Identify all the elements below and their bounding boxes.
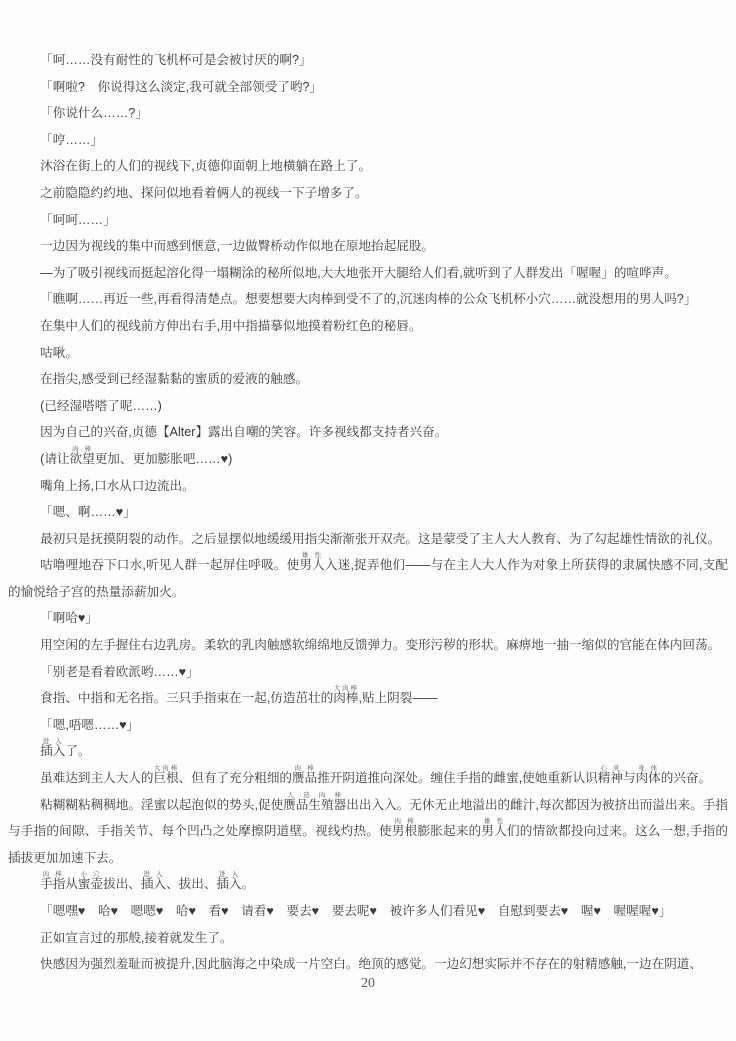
- paragraph: 最初只是抚摸阴裂的动作。之后显摆似地缓缓用指尖渐渐张开双壳。这是蒙受了主人大人教…: [8, 526, 728, 553]
- paragraph: —为了吸引视线而挺起溶化得一塌糊涂的秘所似地,大大地张开大腿给人们看,就听到了人…: [8, 260, 728, 287]
- ruby-annotated-word: 手指肉棒: [40, 877, 65, 891]
- ruby-annotated-word: 插入进入: [216, 877, 241, 891]
- ruby-annotated-word: 赝品生殖器人造肉棒: [283, 798, 346, 812]
- paragraph: 咕噜哩地吞下口水,听见人群一起屏住呼吸。使男人雄性入迷,捉弄他们——与在主人大人…: [8, 552, 728, 605]
- paragraph: 粘糊糊粘稠稠地。淫蜜以起泡似的势头,促使赝品生殖器人造肉棒出出入入。无休无止地溢…: [8, 792, 728, 872]
- paragraph: 嘴角上扬,口水从口边流出。: [8, 473, 728, 500]
- paragraph: 「呵……没有耐性的飞机杯可是会被讨厌的啊?」: [8, 47, 728, 74]
- paragraph: 手指肉棒从蜜壶小穴拔出、插入进入、拔出、插入进入。: [8, 871, 728, 898]
- paragraph: 在集中人们的视线前方伸出右手,用中指描摹似地摸着粉红色的秘唇。: [8, 313, 728, 340]
- paragraph: 「嗯、啊……♥」: [8, 499, 728, 526]
- paragraph: 虽难达到主人大人的巨根大肉棒、但有了充分粗细的赝品肉棒推开阴道推向深处。缠住手指…: [8, 765, 728, 792]
- paragraph: 「呵呵……」: [8, 207, 728, 234]
- paragraph: 因为自己的兴奋,贞德【Alter】露出自嘲的笑容。许多视线都支持者兴奋。: [8, 419, 728, 446]
- document-page: 「呵……没有耐性的飞机杯可是会被讨厌的啊?」「啊啦? 你说得这么淡定,我可就全部…: [0, 0, 736, 1041]
- ruby-annotated-word: 男人雄性: [481, 824, 507, 838]
- ruby-annotated-word: 巨根大肉棒: [153, 771, 178, 785]
- paragraph: 正如宣言过的那般,接着就发生了。: [8, 925, 728, 952]
- paragraph: 之前隐隐约约地、探问似地看着俩人的视线一下子增多了。: [8, 180, 728, 207]
- page-paragraphs: 「呵……没有耐性的飞机杯可是会被讨厌的啊?」「啊啦? 你说得这么淡定,我可就全部…: [8, 47, 728, 978]
- ruby-annotated-word: 精神心灵: [598, 771, 623, 785]
- paragraph: (请让欲望肉棒更加、更加膨胀吧……♥): [8, 446, 728, 473]
- paragraph: 「嗯,唔嗯……♥」: [8, 712, 728, 739]
- paragraph: 咕啾。: [8, 340, 728, 367]
- ruby-annotated-word: 蜜壶小穴: [78, 877, 103, 891]
- paragraph: 沐浴在街上的人们的视线下,贞德仰面朝上地横躺在路上了。: [8, 153, 728, 180]
- paragraph: 一边因为视线的集中而感到惬意,一边做臀桥动作似地在原地抬起屁股。: [8, 233, 728, 260]
- paragraph: 「瞧啊……再近一些,再看得清楚点。想要想要大肉棒到受不了的,沉迷肉棒的公众飞机杯…: [8, 286, 728, 313]
- paragraph: 「哼……」: [8, 127, 728, 154]
- ruby-annotated-word: 插入进入: [141, 877, 166, 891]
- page-number: 20: [0, 976, 736, 992]
- ruby-annotated-word: 欲望肉棒: [70, 452, 95, 466]
- paragraph: 「啊哈♥」: [8, 605, 728, 632]
- paragraph: 「别老是看着欧派哟……♥」: [8, 659, 728, 686]
- paragraph: 食指、中指和无名指。三只手指束在一起,仿造茁壮的肉棒大肉棒,贴上阴裂——: [8, 685, 728, 712]
- ruby-annotated-word: 男根肉棒: [392, 824, 418, 838]
- paragraph: 用空闲的左手握住右边乳房。柔软的乳肉触感软绵绵地反馈弹力。变形污秽的形状。麻痹地…: [8, 632, 728, 659]
- ruby-annotated-word: 赝品肉棒: [292, 771, 317, 785]
- ruby-annotated-word: 男人雄性: [299, 558, 325, 572]
- paragraph: (已经湿嗒嗒了呢……): [8, 393, 728, 420]
- ruby-annotated-word: 插入进入: [40, 744, 65, 758]
- paragraph: 在指尖,感受到已经湿黏黏的蜜质的爱液的触感。: [8, 366, 728, 393]
- paragraph: 插入进入了。: [8, 738, 728, 765]
- paragraph: 「嗯嘿♥ 哈♥ 嗯嗯♥ 哈♥ 看♥ 请看♥ 要去♥ 要去呢♥ 被许多人们看见♥ …: [8, 898, 728, 925]
- paragraph: 「你说什么……?」: [8, 100, 728, 127]
- paragraph: 快感因为强烈羞耻而被提升,因此脑海之中染成一片空白。绝顶的感觉。一边幻想实际并不…: [8, 951, 728, 978]
- ruby-annotated-word: 肉棒大肉棒: [333, 691, 358, 705]
- paragraph: 「啊啦? 你说得这么淡定,我可就全部领受了哟?」: [8, 74, 728, 101]
- ruby-annotated-word: 肉体身体: [636, 771, 661, 785]
